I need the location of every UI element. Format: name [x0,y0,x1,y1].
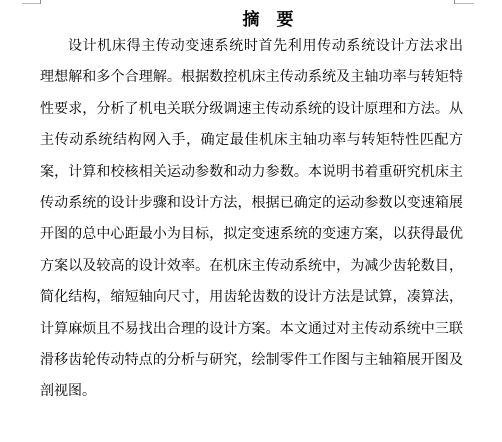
abstract-line: 开图的总中心距最小为目标，拟定变速系统的变速方案，以获得最优 [40,219,463,250]
abstract-line: 理想解和多个合理解。根据数控机床主传动系统及主轴功率与转矩特 [40,62,463,93]
margin-crop-mark-top-right-v [454,0,455,4]
abstract-line: 性要求，分析了机电关联分级调速主传动系统的设计原理和方法。从 [40,94,463,125]
abstract-line: 剖视图。 [40,376,463,407]
margin-crop-mark-top-left-h [22,3,41,4]
abstract-line: 简化结构，缩短轴向尺寸，用齿轮齿数的设计方法是试算，凑算法， [40,282,463,313]
abstract-line: 传动系统的设计步骤和设计方法，根据已确定的运动参数以变速箱展 [40,188,463,219]
margin-crop-mark-top-right-h [454,3,474,4]
abstract-line: 滑移齿轮传动特点的分析与研究，绘制零件工作图与主轴箱展开图及 [40,345,463,376]
margin-crop-mark-top-left-v [40,0,41,4]
abstract-line: 主传动系统结构网入手，确定最佳机床主轴功率与转矩特性匹配方 [40,125,463,156]
abstract-line: 设计机床得主传动变速系统时首先利用传动系统设计方法求出 [40,31,463,62]
abstract-body: 设计机床得主传动变速系统时首先利用传动系统设计方法求出 理想解和多个合理解。根据… [40,31,463,408]
abstract-line: 方案以及较高的设计效率。在机床主传动系统中，为减少齿轮数目， [40,251,463,282]
document-page: 摘 要 设计机床得主传动变速系统时首先利用传动系统设计方法求出 理想解和多个合理… [0,0,502,442]
abstract-line: 案，计算和校核相关运动参数和动力参数。本说明书着重研究机床主 [40,157,463,188]
abstract-title: 摘 要 [17,8,502,32]
abstract-line: 计算麻烦且不易找出合理的设计方案。本文通过对主传动系统中三联 [40,314,463,345]
